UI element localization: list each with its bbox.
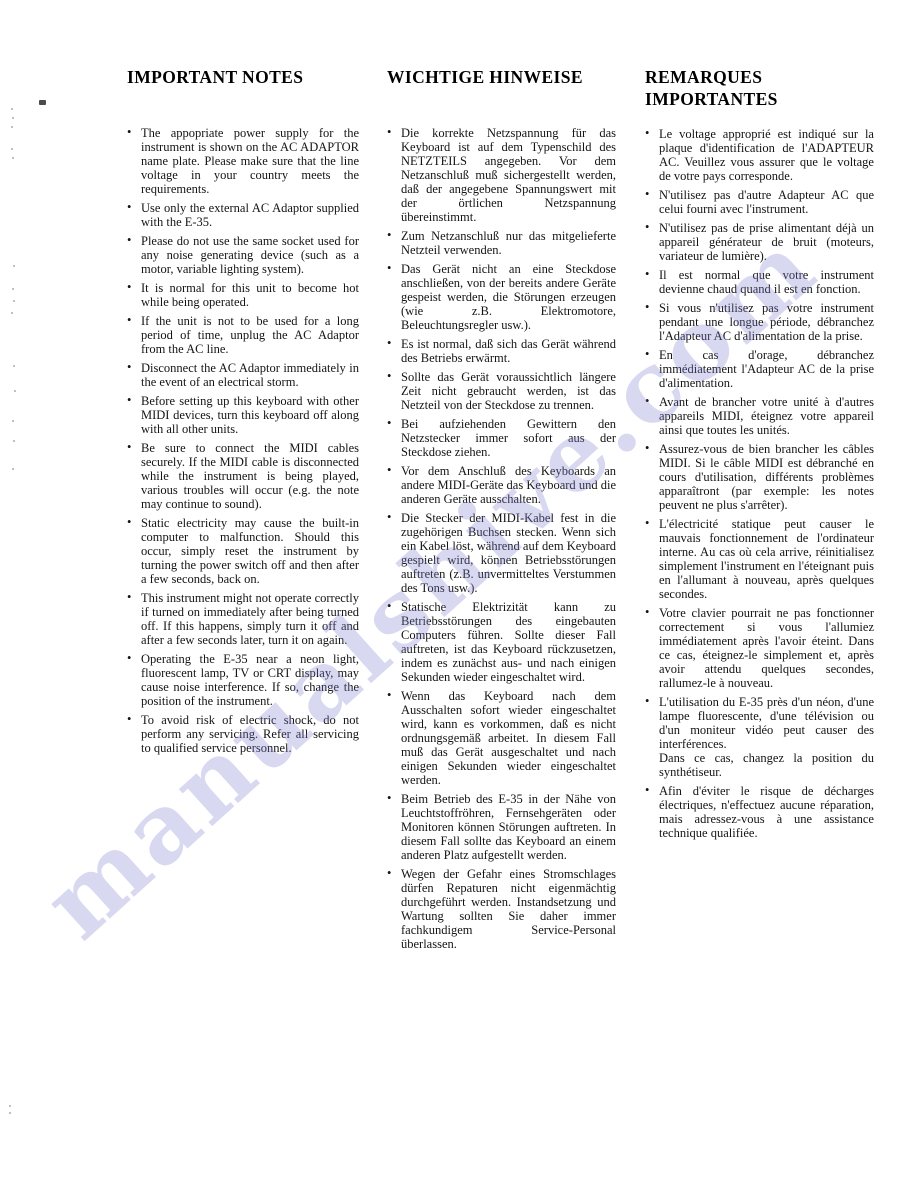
scan-speck (13, 365, 15, 367)
bullet-dot: • (645, 441, 649, 455)
bullet-list-french: •Le voltage approprié est indiqué sur la… (645, 127, 874, 840)
bullet-item: •Vor dem Anschluß des Keyboards an ander… (387, 464, 616, 506)
bullet-item: •The appopriate power supply for the ins… (127, 126, 359, 196)
bullet-dot: • (387, 866, 391, 880)
bullet-dot: • (127, 125, 131, 139)
bullet-item: •N'utilisez pas d'autre Adapteur AC que … (645, 188, 874, 216)
bullet-text: N'utilisez pas d'autre Adapteur AC que c… (659, 188, 874, 216)
bullet-item: •Wegen der Gefahr eines Stromschlages dü… (387, 867, 616, 951)
bullet-text: Bei aufziehenden Gewittern den Netzsteck… (401, 417, 616, 459)
column-german: WICHTIGE HINWEISE •Die korrekte Netzspan… (387, 66, 616, 956)
bullet-item: •Sollte das Gerät voraussichtlich länger… (387, 370, 616, 412)
bullet-dot: • (387, 261, 391, 275)
column-english: IMPORTANT NOTES •The appopriate power su… (127, 66, 359, 760)
bullet-text: Das Gerät nicht an eine Steckdose anschl… (401, 262, 616, 332)
bullet-item: •Assurez-vous de bien brancher les câble… (645, 442, 874, 512)
bullet-text: En cas d'orage, débranchez immédiatement… (659, 348, 874, 390)
bullet-item: •Beim Betrieb des E-35 in der Nähe von L… (387, 792, 616, 862)
bullet-dot: • (645, 516, 649, 530)
bullet-text: Static electricity may cause the built-i… (141, 516, 359, 586)
bullet-list-english: •The appopriate power supply for the ins… (127, 126, 359, 755)
bullet-item: •N'utilisez pas de prise alimentant déjà… (645, 221, 874, 263)
scan-speck (12, 157, 14, 159)
scan-speck (11, 108, 13, 110)
bullet-dot: • (127, 360, 131, 374)
bullet-dot: • (127, 393, 131, 407)
bullet-item: •L'électricité statique peut causer le m… (645, 517, 874, 601)
bullet-item: •Operating the E-35 near a neon light, f… (127, 652, 359, 708)
bullet-dot: • (645, 347, 649, 361)
bullet-dot: • (127, 712, 131, 726)
bullet-dot: • (127, 233, 131, 247)
bullet-text: The appopriate power supply for the inst… (141, 126, 359, 196)
bullet-dot: • (645, 267, 649, 281)
bullet-text: Statische Elektrizität kann zu Betriebss… (401, 600, 616, 684)
bullet-item: •Disconnect the AC Adaptor immediately i… (127, 361, 359, 389)
bullet-text: Wenn das Keyboard nach dem Ausschalten s… (401, 689, 616, 787)
bullet-text: Use only the external AC Adaptor supplie… (141, 201, 359, 229)
bullet-dot: • (387, 228, 391, 242)
scan-speck (13, 440, 15, 442)
bullet-item: •Das Gerät nicht an eine Steckdose ansch… (387, 262, 616, 332)
bullet-text: Es ist normal, daß sich das Gerät währen… (401, 337, 616, 365)
ink-blob-artifact (39, 100, 46, 105)
bullet-text: To avoid risk of electric shock, do not … (141, 713, 359, 755)
bullet-dot: • (127, 200, 131, 214)
bullet-item: •Please do not use the same socket used … (127, 234, 359, 276)
bullet-item: •Before setting up this keyboard with ot… (127, 394, 359, 436)
bullet-text: This instrument might not operate correc… (141, 591, 359, 647)
bullet-item: •This instrument might not operate corre… (127, 591, 359, 647)
bullet-dot: • (645, 783, 649, 797)
column-french: REMARQUES IMPORTANTES •Le voltage approp… (645, 66, 874, 845)
scan-speck (13, 300, 15, 302)
bullet-item: •To avoid risk of electric shock, do not… (127, 713, 359, 755)
bullet-item: •Afin d'éviter le risque de décharges él… (645, 784, 874, 840)
bullet-dot: • (127, 440, 131, 454)
bullet-text: It is normal for this unit to become hot… (141, 281, 359, 309)
bullet-item: •Es ist normal, daß sich das Gerät währe… (387, 337, 616, 365)
scan-speck (11, 312, 13, 314)
scan-speck (12, 288, 14, 290)
bullet-text: Afin d'éviter le risque de décharges éle… (659, 784, 874, 840)
bullet-item: •Be sure to connect the MIDI cables secu… (127, 441, 359, 511)
bullet-text: Wegen der Gefahr eines Stromschlages dür… (401, 867, 616, 951)
bullet-item: •Die korrekte Netzspannung für das Keybo… (387, 126, 616, 224)
bullet-dot: • (387, 510, 391, 524)
bullet-dot: • (645, 220, 649, 234)
bullet-dot: • (387, 125, 391, 139)
scan-speck (14, 390, 16, 392)
bullet-dot: • (387, 791, 391, 805)
bullet-item: •Si vous n'utilisez pas votre instrument… (645, 301, 874, 343)
bullet-text: Operating the E-35 near a neon light, fl… (141, 652, 359, 708)
bullet-text: Zum Netzanschluß nur das mitgelieferte N… (401, 229, 616, 257)
bullet-text: Vor dem Anschluß des Keyboards an andere… (401, 464, 616, 506)
document-page: manualshive.com IMPORTANT NOTES •The app… (0, 0, 918, 1188)
bullet-text: Assurez-vous de bien brancher les câbles… (659, 442, 874, 512)
scan-speck (12, 117, 14, 119)
bullet-text: Before setting up this keyboard with oth… (141, 394, 359, 436)
bullet-text: If the unit is not to be used for a long… (141, 314, 359, 356)
bullet-dot: • (127, 280, 131, 294)
heading-important-notes: IMPORTANT NOTES (127, 66, 359, 88)
bullet-item: •Bei aufziehenden Gewittern den Netzstec… (387, 417, 616, 459)
bullet-text: Die korrekte Netzspannung für das Keyboa… (401, 126, 616, 224)
bullet-dot: • (387, 416, 391, 430)
bullet-item: •En cas d'orage, débranchez immédiatemen… (645, 348, 874, 390)
bullet-item: •Static electricity may cause the built-… (127, 516, 359, 586)
bullet-text: Die Stecker der MIDI-Kabel fest in die z… (401, 511, 616, 595)
bullet-dot: • (387, 688, 391, 702)
bullet-item: •Wenn das Keyboard nach dem Ausschalten … (387, 689, 616, 787)
bullet-item: •L'utilisation du E-35 près d'un néon, d… (645, 695, 874, 779)
heading-remarques-importantes: REMARQUES IMPORTANTES (645, 66, 874, 111)
bullet-text: L'électricité statique peut causer le ma… (659, 517, 874, 601)
bullet-text: Il est normal que votre instrument devie… (659, 268, 874, 296)
bullet-item: •Avant de brancher votre unité à d'autre… (645, 395, 874, 437)
bullet-text: Please do not use the same socket used f… (141, 234, 359, 276)
scan-speck (12, 468, 14, 470)
bullet-text: Be sure to connect the MIDI cables secur… (141, 441, 359, 511)
bullet-dot: • (387, 369, 391, 383)
bullet-dot: • (645, 187, 649, 201)
bullet-item: •Zum Netzanschluß nur das mitgelieferte … (387, 229, 616, 257)
bullet-dot: • (127, 590, 131, 604)
bullet-item: •Le voltage approprié est indiqué sur la… (645, 127, 874, 183)
bullet-dot: • (127, 515, 131, 529)
bullet-dot: • (387, 463, 391, 477)
scan-speck (12, 420, 14, 422)
scan-speck (13, 265, 15, 267)
bullet-dot: • (645, 394, 649, 408)
bullet-text: Votre clavier pourrait ne pas fonctionne… (659, 606, 874, 690)
bullet-item: •Use only the external AC Adaptor suppli… (127, 201, 359, 229)
bullet-item: •If the unit is not to be used for a lon… (127, 314, 359, 356)
bullet-text: Si vous n'utilisez pas votre instrument … (659, 301, 874, 343)
bullet-dot: • (645, 694, 649, 708)
scan-speck (11, 148, 13, 150)
bullet-text: Le voltage approprié est indiqué sur la … (659, 127, 874, 183)
bullet-text: Beim Betrieb des E-35 in der Nähe von Le… (401, 792, 616, 862)
bullet-text: Sollte das Gerät voraussichtlich längere… (401, 370, 616, 412)
scan-speck (9, 1105, 11, 1107)
bullet-item: •Statische Elektrizität kann zu Betriebs… (387, 600, 616, 684)
bullet-item: •Votre clavier pourrait ne pas fonctionn… (645, 606, 874, 690)
bullet-text: Disconnect the AC Adaptor immediately in… (141, 361, 359, 389)
bullet-dot: • (127, 313, 131, 327)
bullet-text: L'utilisation du E-35 près d'un néon, d'… (659, 695, 874, 779)
bullet-dot: • (645, 300, 649, 314)
scan-speck (9, 1112, 11, 1114)
bullet-dot: • (645, 605, 649, 619)
heading-wichtige-hinweise: WICHTIGE HINWEISE (387, 66, 616, 88)
bullet-dot: • (645, 126, 649, 140)
bullet-text: Avant de brancher votre unité à d'autres… (659, 395, 874, 437)
scan-speck (11, 126, 13, 128)
bullet-item: •Die Stecker der MIDI-Kabel fest in die … (387, 511, 616, 595)
bullet-dot: • (387, 599, 391, 613)
bullet-item: •Il est normal que votre instrument devi… (645, 268, 874, 296)
bullet-list-german: •Die korrekte Netzspannung für das Keybo… (387, 126, 616, 951)
bullet-dot: • (387, 336, 391, 350)
bullet-text: N'utilisez pas de prise alimentant déjà … (659, 221, 874, 263)
bullet-item: •It is normal for this unit to become ho… (127, 281, 359, 309)
bullet-dot: • (127, 651, 131, 665)
